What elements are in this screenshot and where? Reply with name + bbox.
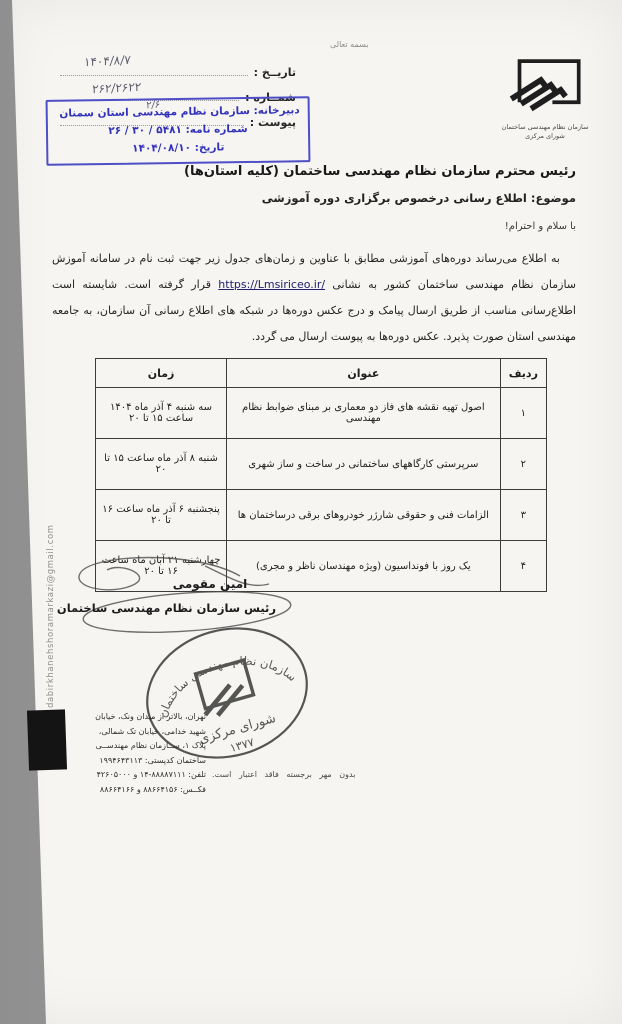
address-line: تهران، بالاتر از میدان ونک، خیابان xyxy=(70,710,206,725)
recipient-title: رئیس محترم سازمان نظام مهندسی ساختمان (ک… xyxy=(184,164,576,179)
table-header-row: ردیف عنوان زمان xyxy=(96,359,547,388)
row-no-cell: ۴ xyxy=(500,541,546,592)
address-line: تلفن: ۸۸۸۸۷۱۱۱-۱۴ و ۴۲۶۰۵۰۰۰ xyxy=(70,768,206,783)
course-time-cell: پنجشنبه ۶ آذر ماه ساعت ۱۶ تا ۲۰ xyxy=(96,490,227,541)
redaction-block xyxy=(27,709,67,770)
subject-line: موضوع: اطلاع رسانی درخصوص برگزاری دوره آ… xyxy=(262,191,576,205)
number-handwritten-value: ۲۶۲/۲۶۲۲ xyxy=(92,80,142,97)
course-title-cell: اصول تهیه نقشه های فاز دو معماری بر مبنا… xyxy=(227,388,501,439)
table-row: ۱ اصول تهیه نقشه های فاز دو معماری بر مب… xyxy=(96,388,547,439)
course-time-cell: شنبه ۸ آذر ماه ساعت ۱۵ تا ۲۰ xyxy=(96,439,227,490)
course-title-cell: الزامات فنی و حقوقی شارژر خودروهای برقی … xyxy=(227,490,501,541)
date-field-label: تاریــخ : xyxy=(254,66,296,79)
address-block: تهران، بالاتر از میدان ونک، خیابان شهید … xyxy=(70,710,206,797)
secretariat-stamp-office: دبیرخانه: سازمان نظام مهندسی استان سمنان xyxy=(56,101,300,122)
secretariat-stamp-date: تاریخ: ۱۴۰۴/۰۸/۱۰ xyxy=(56,137,300,158)
address-line: فکــس: ۸۸۶۶۴۱۵۶ و ۸۸۶۶۴۱۶۶ xyxy=(70,783,206,798)
course-title-cell: سرپرستی کارگاههای ساختمانی در ساخت و ساز… xyxy=(227,439,501,490)
secretariat-email-vertical: dabirkhanehshoramarkazi@gmail.com xyxy=(46,498,56,708)
address-line: ساختمان کدپستی: ۱۹۹۴۶۴۳۱۱۳ xyxy=(70,754,206,769)
bismillah-text: بسمه تعالی xyxy=(330,40,368,49)
address-line: شهید خدامی، خیابان تک شمالی، xyxy=(70,725,206,740)
scan-background: بسمه تعالی سازمان نظام مهندسی ساختمان شو… xyxy=(0,0,622,1024)
salutation-line: با سلام و احترام! xyxy=(505,221,576,232)
row-no-cell: ۳ xyxy=(500,490,546,541)
logo-caption-line1: سازمان نظام مهندسی ساختمان xyxy=(497,123,593,132)
signatory-name: امین مقومی xyxy=(150,577,270,591)
address-line: پلاک ۱، ســازمان نظام مهندســی xyxy=(70,739,206,754)
row-no-cell: ۱ xyxy=(500,388,546,439)
header-cell-row-no: ردیف xyxy=(500,359,546,388)
header-cell-time: زمان xyxy=(96,359,227,388)
row-no-cell: ۲ xyxy=(500,439,546,490)
date-field-row: تاریــخ : ۱۴۰۴/۸/۷ xyxy=(56,54,296,79)
org-logo-icon xyxy=(508,54,582,116)
table-row: ۲ سرپرستی کارگاههای ساختمانی در ساخت و س… xyxy=(96,439,547,490)
body-paragraph: به اطلاع می‌رساند دوره‌های آموزشی مطابق … xyxy=(52,246,576,350)
secretariat-stamp-box: دبیرخانه: سازمان نظام مهندسی استان سمنان… xyxy=(46,96,311,166)
date-handwritten-value: ۱۴۰۴/۸/۷ xyxy=(84,53,132,70)
table-row: ۳ الزامات فنی و حقوقی شارژر خودروهای برق… xyxy=(96,490,547,541)
org-logo: سازمان نظام مهندسی ساختمان شورای مرکزی xyxy=(497,54,593,141)
logo-caption-line2: شورای مرکزی xyxy=(497,132,593,141)
course-time-cell: سه شنبه ۴ آذر ماه ۱۴۰۴ ساعت ۱۵ تا ۲۰ xyxy=(96,388,227,439)
course-portal-link[interactable]: https://Lmsiriceo.ir/ xyxy=(218,278,325,291)
header-cell-title: عنوان xyxy=(227,359,501,388)
validity-note: بدون مهر برجسته فاقد اعتبار است. xyxy=(212,770,355,779)
